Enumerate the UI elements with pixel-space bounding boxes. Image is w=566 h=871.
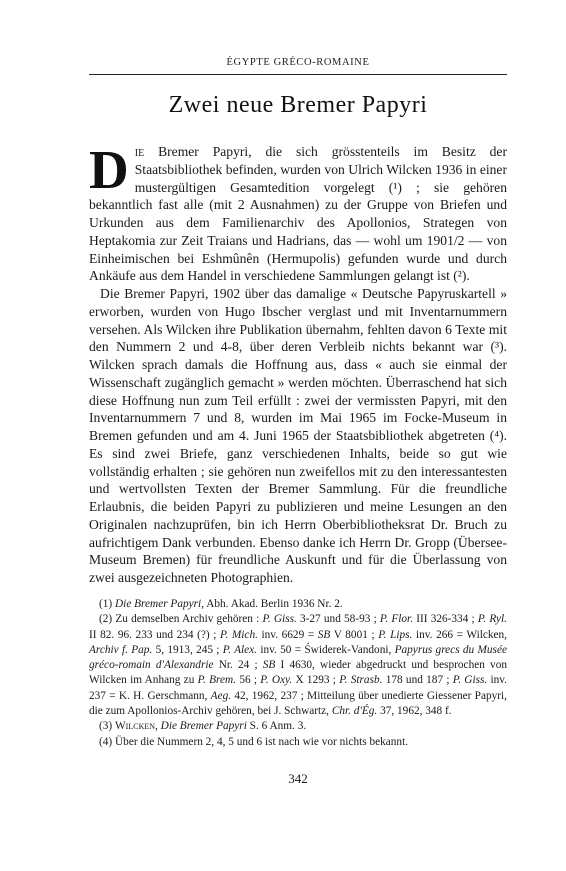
footnote-text: S. 6 Anm. 3. (247, 720, 306, 732)
paragraph-1: Die Bremer Papyri, die sich grösstenteil… (89, 143, 507, 285)
running-head: ÉGYPTE GRÉCO-ROMAINE (89, 57, 507, 68)
footnote-text: inv. 50 = Świderek-Vandoni, (257, 644, 395, 656)
article-title: Zwei neue Bremer Papyri (89, 92, 507, 119)
footnote-number: (1) (99, 598, 112, 610)
footnote-text: P. Giss. (262, 613, 296, 625)
footnote-text: P. Oxy. (260, 674, 292, 686)
footnote-number: (2) (99, 613, 112, 625)
paragraph-1-text: Bremer Papyri, die sich grösstenteils im… (89, 144, 507, 283)
footnote-3: (3) Wilcken, Die Bremer Papyri S. 6 Anm.… (89, 719, 507, 734)
footnote-text: V 8001 ; (330, 629, 378, 641)
footnote-text: Archiv f. Pap. (89, 644, 152, 656)
drop-cap: D (89, 148, 129, 194)
header-rule (89, 74, 507, 75)
footnote-text: 56 ; (236, 674, 260, 686)
article-body: Die Bremer Papyri, die sich grösstenteil… (89, 143, 507, 587)
footnote-text: P. Flor. (380, 613, 413, 625)
footnote-text: Über die Nummern 2, 4, 5 und 6 ist nach … (112, 736, 408, 748)
footnote-text: inv. 266 = Wilcken, (412, 629, 507, 641)
footnote-text: Zu demselben Archiv gehören : (112, 613, 262, 625)
footnote-text: P. Strasb. (339, 674, 382, 686)
footnote-text: 37, 1962, 348 f. (377, 705, 451, 717)
paragraph-2: Die Bremer Papyri, 1902 über das damalig… (89, 285, 507, 587)
footnote-text: SB (318, 629, 331, 641)
footnote-text: Wilcken (115, 720, 155, 732)
footnote-text: Nr. 24 ; (214, 659, 263, 671)
footnote-text: 178 und 187 ; (382, 674, 452, 686)
dropcap-continuation: ie (135, 144, 144, 159)
footnote-text: Chr. d'Ég. (332, 705, 377, 717)
footnote-text: P. Brem. (198, 674, 236, 686)
footnote-text: Die Bremer Papyri (161, 720, 247, 732)
footnote-1: (1) Die Bremer Papyri, Abh. Akad. Berlin… (89, 597, 507, 612)
page-number: 342 (89, 771, 507, 787)
footnote-4: (4) Über die Nummern 2, 4, 5 und 6 ist n… (89, 735, 507, 750)
footnote-text: P. Mich. (220, 629, 258, 641)
footnote-text: 3-27 und 58-93 ; (297, 613, 380, 625)
footnote-text: III 326-334 ; (413, 613, 478, 625)
footnote-text: inv. 6629 = (258, 629, 318, 641)
footnote-text: P. Lips. (378, 629, 412, 641)
footnote-text: Die Bremer Papyri (115, 598, 201, 610)
footnote-text: Aeg. (211, 690, 231, 702)
footnote-text: , Abh. Akad. Berlin 1936 Nr. 2. (201, 598, 343, 610)
footnote-text: P. Giss. (453, 674, 487, 686)
footnote-number: (3) (99, 720, 112, 732)
footnotes: (1) Die Bremer Papyri, Abh. Akad. Berlin… (89, 597, 507, 750)
footnote-text: II 82. 96. 233 und 234 (?) ; (89, 629, 220, 641)
footnote-2: (2) Zu demselben Archiv gehören : P. Gis… (89, 612, 507, 719)
footnote-text: P. Ryl. (478, 613, 507, 625)
footnote-text: X 1293 ; (292, 674, 339, 686)
footnote-number: (4) (99, 736, 112, 748)
footnote-text: P. Alex. (223, 644, 257, 656)
footnote-text: SB (263, 659, 276, 671)
footnote-text: 5, 1913, 245 ; (152, 644, 222, 656)
